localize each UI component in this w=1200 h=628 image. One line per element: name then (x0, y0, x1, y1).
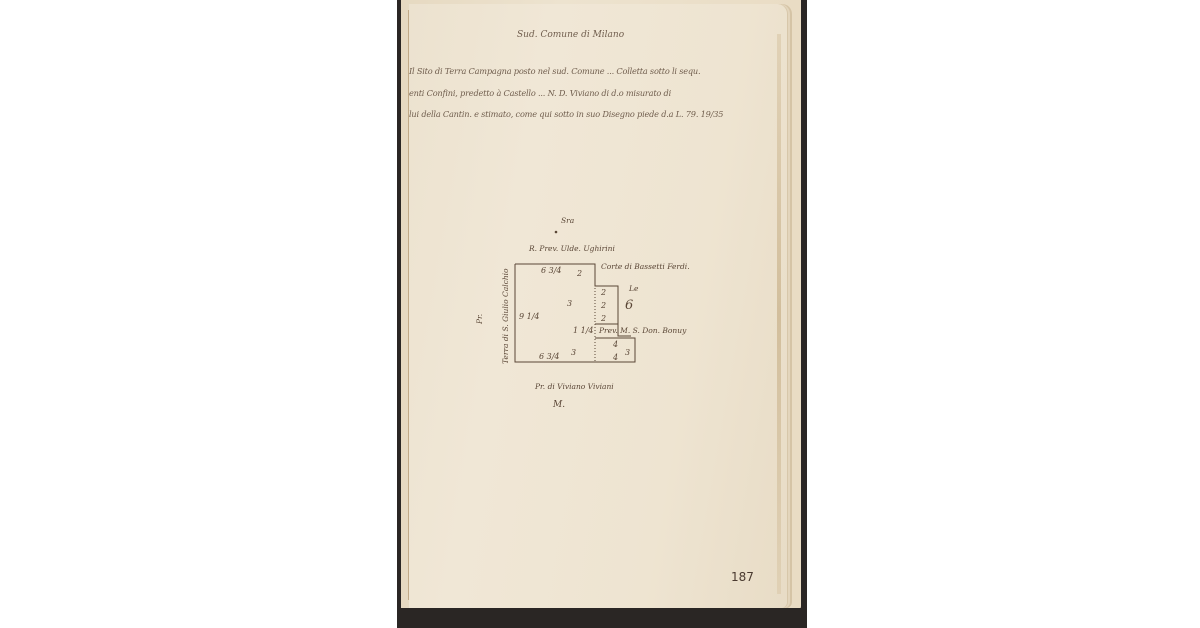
measure-ext-bottom: 4 (613, 353, 618, 362)
measure-notch-bottom: 2 (601, 314, 606, 323)
property-plan-diagram: Sra R. Prev. Ulde. Ughirini Corte di Bas… (501, 214, 761, 414)
west-short-vertical-label: Pr. (475, 314, 484, 324)
page-edge-stain (777, 34, 781, 594)
manuscript-scan: Sud. Comune di Milano Il Sito di Terra C… (397, 0, 807, 628)
measure-left-height: 9 1/4 (519, 312, 540, 321)
measure-center: 3 (567, 299, 572, 308)
manuscript-page: Sud. Comune di Milano Il Sito di Terra C… (409, 4, 787, 608)
measure-ext-top: 4 (613, 340, 618, 349)
south-label: M. (553, 400, 565, 410)
measure-ext-right: 3 (625, 348, 630, 357)
measure-mid-small: 1 1/4 (573, 326, 594, 335)
scan-background-bottom (397, 608, 807, 628)
measure-top-width: 6 3/4 (541, 266, 562, 275)
measure-notch-top: 2 (601, 288, 606, 297)
measure-top-right: 2 (577, 269, 582, 278)
paragraph-line-3: lui della Cantin. e stimato, come qui so… (409, 109, 723, 119)
east-upper-owner-label: Corte di Bassetti Ferdi. (601, 262, 690, 271)
plan-top-label: Sra (561, 216, 574, 225)
folio-number: 187 (731, 570, 754, 584)
measure-bottom-center: 3 (571, 348, 576, 357)
west-owner-vertical-label: Terra di S. Giulio Calchio (501, 268, 510, 364)
measure-notch-mid: 2 (601, 301, 606, 310)
north-owner-label: R. Prev. Ulde. Ughirini (529, 244, 615, 253)
measure-bottom-width: 6 3/4 (539, 352, 560, 361)
east-mid-label: Le (629, 284, 638, 293)
page-heading: Sud. Comune di Milano (517, 30, 624, 40)
south-owner-label: Pr. di Viviano Viviani (535, 382, 614, 391)
east-lower-owner-label: Prev. M. S. Don. Bonuy (599, 326, 686, 335)
paragraph-line-1: Il Sito di Terra Campagna posto nel sud.… (409, 66, 700, 76)
paragraph-line-2: enti Confini, predetto à Castello ... N.… (409, 88, 671, 98)
east-mid-number: 6 (625, 298, 633, 313)
